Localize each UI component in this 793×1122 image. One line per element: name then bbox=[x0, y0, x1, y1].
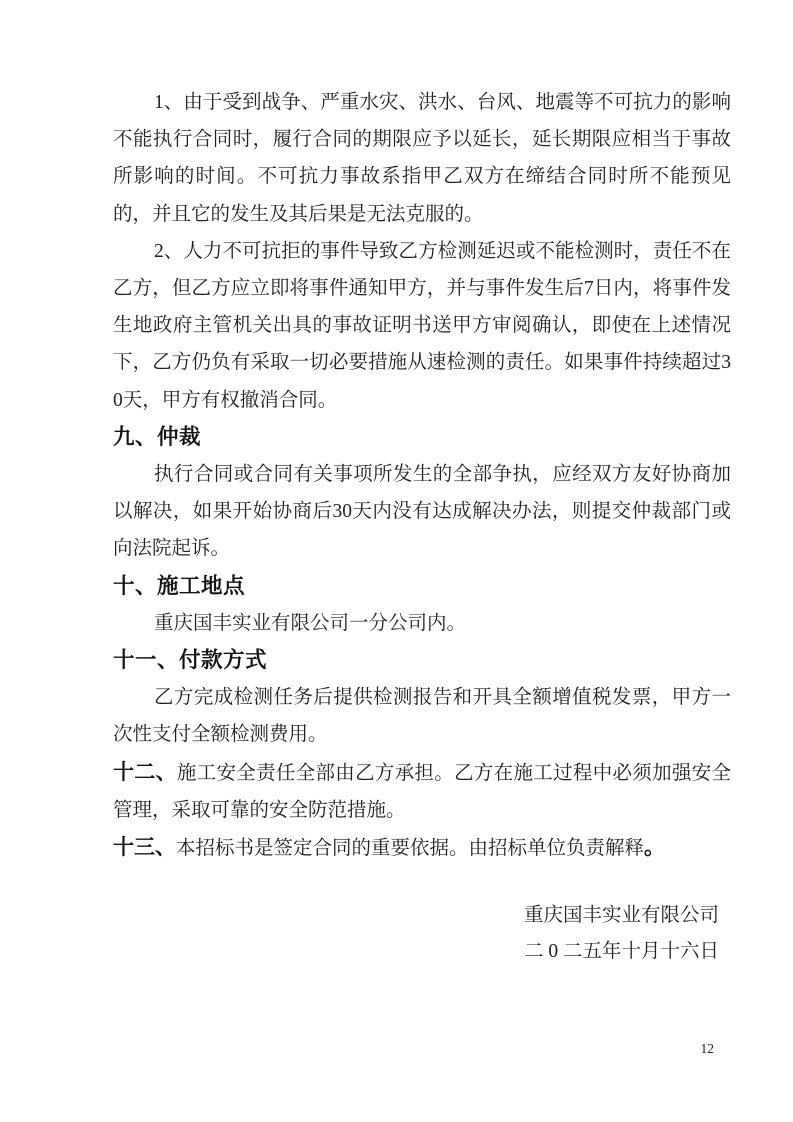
document-page: 1、由于受到战争、严重水灾、洪水、台风、地震等不可抗力的影响不能执行合同时，履行… bbox=[0, 0, 793, 1122]
clause-safety-responsibility: 十二、施工安全责任全部由乙方承担。乙方在施工过程中必须加强安全管理，采取可靠的安… bbox=[113, 754, 731, 829]
clause-interpretation: 十三、本招标书是签定合同的重要依据。由招标单位负责解释。 bbox=[113, 829, 731, 867]
paragraph-arbitration: 执行合同或合同有关事项所发生的全部争执，应经双方友好协商加以解决，如果开始协商后… bbox=[113, 456, 731, 568]
section-heading-arbitration: 九、仲裁 bbox=[113, 419, 731, 456]
clause-interpretation-number: 十三、 bbox=[113, 835, 176, 859]
signature-block: 重庆国丰实业有限公司 二 0 二五年十月十六日 bbox=[113, 898, 731, 970]
clause-interpretation-period: 。 bbox=[644, 835, 665, 859]
signature-company: 重庆国丰实业有限公司 bbox=[113, 898, 719, 934]
paragraph-construction-site: 重庆国丰实业有限公司一分公司内。 bbox=[113, 605, 731, 642]
clause-force-majeure-2: 2、人力不可抗拒的事件导致乙方检测延迟或不能检测时，责任不在乙方，但乙方应立即将… bbox=[113, 233, 731, 419]
section-heading-construction-site: 十、施工地点 bbox=[113, 568, 731, 605]
clause-interpretation-text: 本招标书是签定合同的重要依据。由招标单位负责解释 bbox=[176, 838, 644, 859]
page-number: 12 bbox=[701, 1041, 715, 1057]
signature-date: 二 0 二五年十月十六日 bbox=[113, 934, 719, 970]
paragraph-payment: 乙方完成检测任务后提供检测报告和开具全额增值税发票，甲方一次性支付全额检测费用。 bbox=[113, 679, 731, 753]
clause-force-majeure-1: 1、由于受到战争、严重水灾、洪水、台风、地震等不可抗力的影响不能执行合同时，履行… bbox=[113, 84, 731, 233]
document-content: 1、由于受到战争、严重水灾、洪水、台风、地震等不可抗力的影响不能执行合同时，履行… bbox=[113, 84, 731, 970]
clause-safety-number: 十二、 bbox=[113, 760, 177, 784]
clause-safety-text: 施工安全责任全部由乙方承担。乙方在施工过程中必须加强安全管理，采取可靠的安全防范… bbox=[113, 763, 731, 821]
section-heading-payment: 十一、付款方式 bbox=[113, 642, 731, 679]
